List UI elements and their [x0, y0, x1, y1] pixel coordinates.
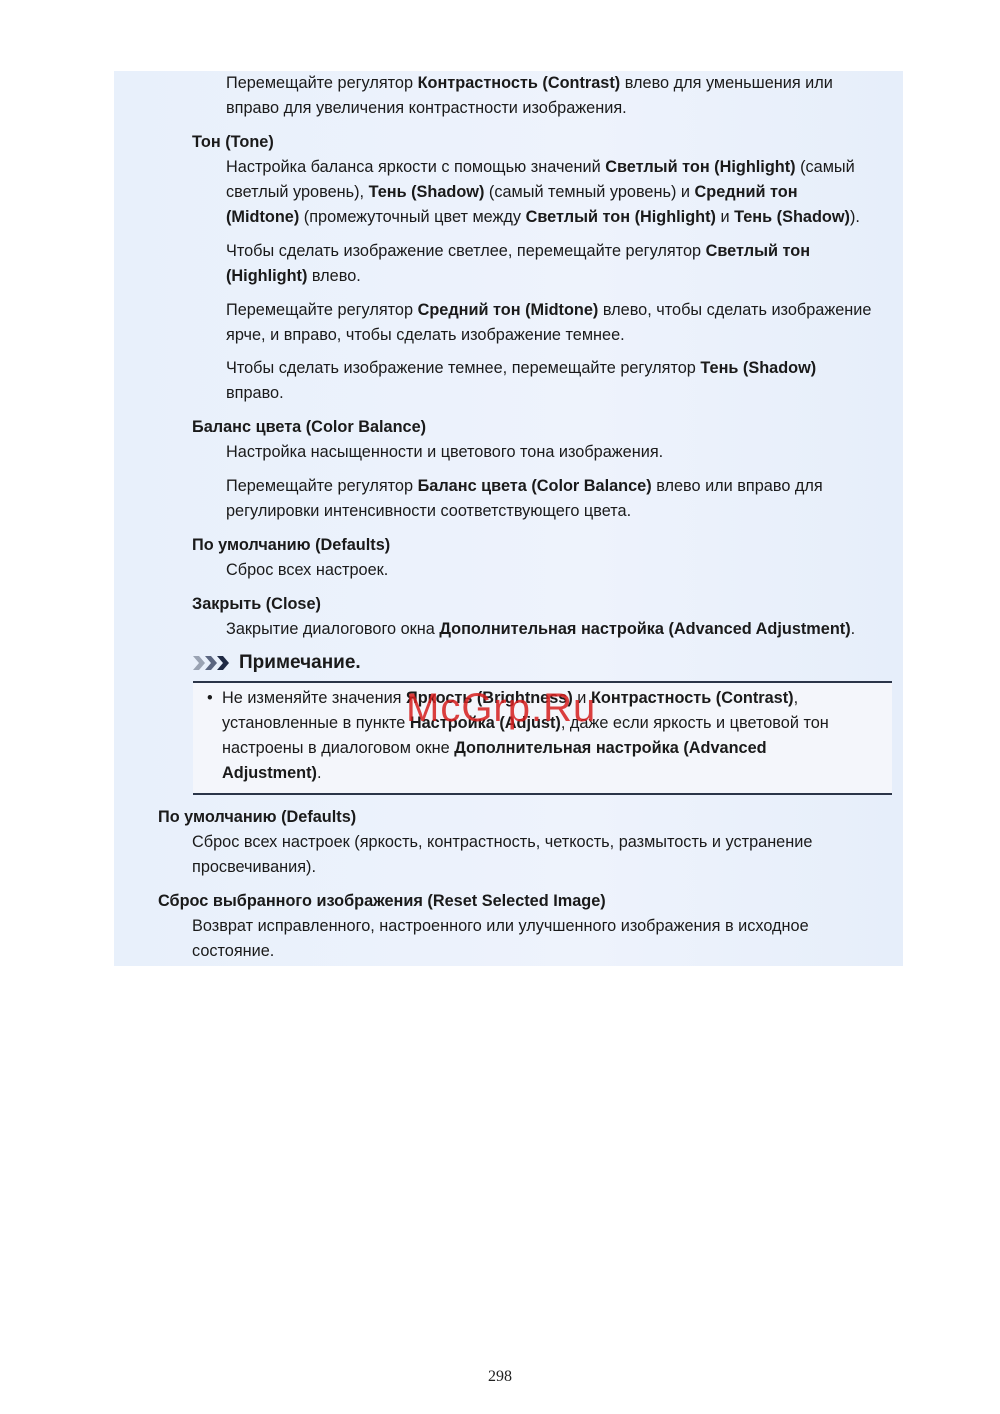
color-balance-p1: Настройка насыщенности и цветового тона …	[226, 440, 663, 465]
defaults-outer-heading: По умолчанию (Defaults)	[158, 805, 356, 830]
defaults-outer-line2: просвечивания).	[192, 855, 316, 880]
color-balance-p2-line2: регулировки интенсивности соответствующе…	[226, 499, 631, 524]
page-number: 298	[0, 1368, 1000, 1386]
note-chevrons-icon	[193, 655, 233, 671]
tone-p3-line2: ярче, и вправо, чтобы сделать изображени…	[226, 323, 625, 348]
defaults-inner-heading: По умолчанию (Defaults)	[192, 533, 390, 558]
tone-p1-line1: Настройка баланса яркости с помощью знач…	[226, 155, 855, 180]
note-title-text: Примечание.	[239, 652, 361, 674]
tone-heading: Тон (Tone)	[192, 130, 274, 155]
color-balance-heading: Баланс цвета (Color Balance)	[192, 415, 426, 440]
close-desc: Закрытие диалогового окна Дополнительная…	[226, 617, 855, 642]
note-line4: Adjustment).	[222, 761, 322, 786]
contrast-desc-line2: вправо для увеличения контрастности изоб…	[226, 96, 627, 121]
close-heading: Закрыть (Close)	[192, 592, 321, 617]
reset-selected-heading: Сброс выбранного изображения (Reset Sele…	[158, 889, 606, 914]
watermark: McGrp.Ru	[406, 686, 596, 731]
tone-p1-line2: светлый уровень), Тень (Shadow) (самый т…	[226, 180, 798, 205]
defaults-inner-desc: Сброс всех настроек.	[226, 558, 388, 583]
color-balance-p2-line1: Перемещайте регулятор Баланс цвета (Colo…	[226, 474, 823, 499]
tone-p4-line1: Чтобы сделать изображение темнее, переме…	[226, 356, 816, 381]
tone-p2-line1: Чтобы сделать изображение светлее, перем…	[226, 239, 810, 264]
tone-p3-line1: Перемещайте регулятор Средний тон (Midto…	[226, 298, 871, 323]
contrast-desc-line1: Перемещайте регулятор Контрастность (Con…	[226, 71, 833, 96]
note-line3: настроены в диалоговом окне Дополнительн…	[222, 736, 767, 761]
tone-p4-line2: вправо.	[226, 381, 284, 406]
note-title: Примечание.	[193, 652, 361, 674]
defaults-outer-line1: Сброс всех настроек (яркость, контрастно…	[192, 830, 812, 855]
tone-p1-line3: (Midtone) (промежуточный цвет между Свет…	[226, 205, 860, 230]
tone-p2-line2: (Highlight) влево.	[226, 264, 361, 289]
reset-selected-line2: состояние.	[192, 939, 274, 964]
reset-selected-line1: Возврат исправленного, настроенного или …	[192, 914, 809, 939]
note-bullet: •	[207, 686, 213, 711]
